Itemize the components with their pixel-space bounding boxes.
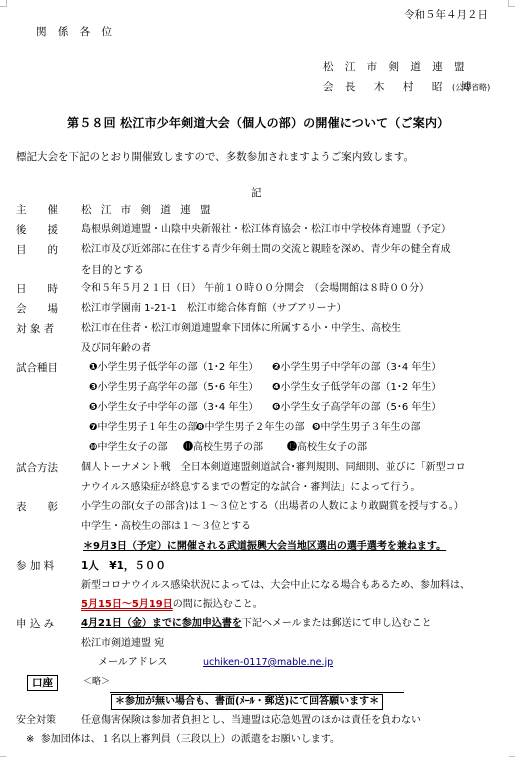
notice-box: ＊参加が無い場合も、書面(ﾒｰﾙ・郵送)にて回答願います＊ <box>111 694 383 710</box>
awards-value-line1: 小学生の部(女子の部含)は１～３位とする（出場者の人数により敢闘賞を授与する。） <box>81 500 464 514</box>
event-text: 中学生男子２年生の部 <box>204 422 304 433</box>
events-label: 試合種目 <box>16 361 58 375</box>
account-label: 口座 <box>27 675 58 691</box>
document-date: 令和５年４月２日 <box>404 8 488 22</box>
purpose-value-line2: を目的とする <box>81 263 144 277</box>
purpose-label: 目 的 <box>16 243 58 257</box>
intro-text: 標記大会を下記のとおり開催致しますので、多数参加されますようご案内致します。 <box>16 150 414 164</box>
event-item: ❶小学生男子低学年の部（1･2 年生） <box>89 361 258 375</box>
event-item: ❼中学生男子１年生の部 <box>89 421 197 435</box>
awards-note: ＊9月3日（予定）に開催される武道振興大会当地区選出の選手選考を兼ねます。 <box>83 540 446 554</box>
event-item: ❿中学生女子の部 <box>89 441 167 455</box>
fee-note-line2-rest: の間に振込むこと。 <box>173 599 263 610</box>
email-link[interactable]: uchiken-0117@mable.ne.jp <box>203 656 333 670</box>
account-value: ＜略＞ <box>83 675 110 689</box>
datetime-value: 令和５年５月２１日（日） 午前１０時００分開会 （会場開館は８時００分） <box>81 282 429 296</box>
venue-label: 会 場 <box>16 302 58 316</box>
application-deadline: 4月21日（金）までに参加申込書を <box>81 618 242 629</box>
event-text: 小学生女子高学年の部（5･6 年生） <box>280 402 441 413</box>
event-text: 中学生男子３年生の部 <box>320 422 420 433</box>
event-item: ⓬高校生女子の部 <box>287 441 367 455</box>
event-text: 中学生男子１年生の部 <box>97 422 197 433</box>
event-item: ❷小学生男子中学年の部（3･4 年生） <box>272 361 441 375</box>
page-corner-bottom-right <box>509 756 515 758</box>
awards-value-line2: 中学生・高校生の部は１～３位とする <box>81 520 251 534</box>
event-number: ⓬ <box>287 442 297 453</box>
fee-note-line2: 5月15日～5月19日の間に振込むこと。 <box>81 598 263 612</box>
sender-org: 松 江 市 剣 道 連 盟 <box>323 60 469 74</box>
event-text: 高校生女子の部 <box>297 442 367 453</box>
method-value-line1: 個人トーナメント戦 全日本剣道連盟剣道試合･審判規則、同細則、並びに「新型コロ <box>81 461 466 475</box>
event-item: ❽中学生男子２年生の部 <box>196 421 304 435</box>
application-label: 申 込 み <box>16 617 54 631</box>
event-text: 小学生女子低学年の部（1･2 年生） <box>280 382 441 393</box>
divider-line <box>110 692 404 693</box>
sponsors-value: 島根県剣道連盟・山陰中央新報社・松江体育協会・松江市中学校体育連盟（予定） <box>81 223 451 237</box>
eligibility-value-line1: 松江市在住者・松江市剣道連盟傘下団体に所属する小・中学生、高校生 <box>81 322 401 336</box>
method-label: 試合方法 <box>16 461 58 475</box>
note-mark: ※ <box>26 734 34 745</box>
event-text: 高校生男子の部 <box>193 442 263 453</box>
datetime-label: 日 時 <box>16 282 58 296</box>
event-item: ❸小学生男子高学年の部（5･6 年生） <box>89 381 258 395</box>
note-item: ※ 参加団体は、１名以上審判員（三段以上）の派遣をお願いします。 <box>26 733 340 747</box>
application-rest: 下記へメールまたは郵送にて申し込むこと <box>242 618 432 629</box>
fee-note-line1: 新型コロナウイルス感染状況によっては、大会中止になる場合もあるため、参加料は、 <box>81 579 470 593</box>
note-text: 参加団体は、１名以上審判員（三段以上）の派遣をお願いします。 <box>41 734 340 745</box>
event-text: 中学生女子の部 <box>97 442 167 453</box>
safety-value: 任意傷害保険は参加者負担とし、当連盟は応急処置のほかは責任を負わない <box>81 714 421 728</box>
method-value-line2: ナウイルス感染症が終息するまでの暫定的な試合・審判法」によって行う。 <box>81 481 420 495</box>
email-label: メールアドレス <box>98 656 168 670</box>
event-text: 小学生男子高学年の部（5･6 年生） <box>97 382 258 393</box>
event-text: 小学生男子低学年の部（1･2 年生） <box>97 362 258 373</box>
organizer-label: 主 催 <box>16 203 58 217</box>
eligibility-label: 対 象 者 <box>16 322 54 336</box>
sponsors-label: 後 援 <box>16 223 58 237</box>
safety-label: 安全対策 <box>16 714 56 728</box>
organizer-value: 松 江 市 剣 道 連 盟 <box>81 203 214 217</box>
awards-label: 表 彰 <box>16 500 58 514</box>
ki-heading: 記 <box>251 186 262 200</box>
event-item: ⓫高校生男子の部 <box>183 441 263 455</box>
seal-note: (公印省略) <box>452 81 490 95</box>
application-to: 松江市剣道連盟 宛 <box>81 637 164 651</box>
eligibility-value-line2: 及び同年齢の者 <box>81 342 151 356</box>
fee-label: 参 加 料 <box>16 559 54 573</box>
venue-value: 松江市学園南 1-21-1 松江市総合体育館（サブアリーナ） <box>81 302 346 316</box>
event-item: ❾中学生男子３年生の部 <box>312 421 420 435</box>
purpose-value-line1: 松江市及び近郊部に在住する青少年剣士間の交流と親睦を深め、青少年の健全育成 <box>81 243 451 257</box>
event-item: ❻小学生女子高学年の部（5･6 年生） <box>272 401 441 415</box>
application-value: 4月21日（金）までに参加申込書を下記へメールまたは郵送にて申し込むこと <box>81 617 432 631</box>
event-text: 小学生女子中学年の部（3･4 年生） <box>97 402 258 413</box>
fee-payment-period: 5月15日～5月19日 <box>81 599 173 610</box>
addressee: 関 係 各 位 <box>36 25 116 39</box>
fee-amount: 1人 ¥1，５００ <box>81 559 166 573</box>
event-number: ⓫ <box>183 442 193 453</box>
page-title: 第５８回 松江市少年剣道大会（個人の部）の開催について（ご案内） <box>67 116 449 130</box>
event-item: ❹小学生女子低学年の部（1･2 年生） <box>272 381 441 395</box>
page-corner-top-right <box>508 0 515 7</box>
page-corner-bottom-left <box>0 756 6 758</box>
event-item: ❺小学生女子中学年の部（3･4 年生） <box>89 401 258 415</box>
page-corner-top-left <box>0 0 7 7</box>
event-text: 小学生男子中学年の部（3･4 年生） <box>280 362 441 373</box>
